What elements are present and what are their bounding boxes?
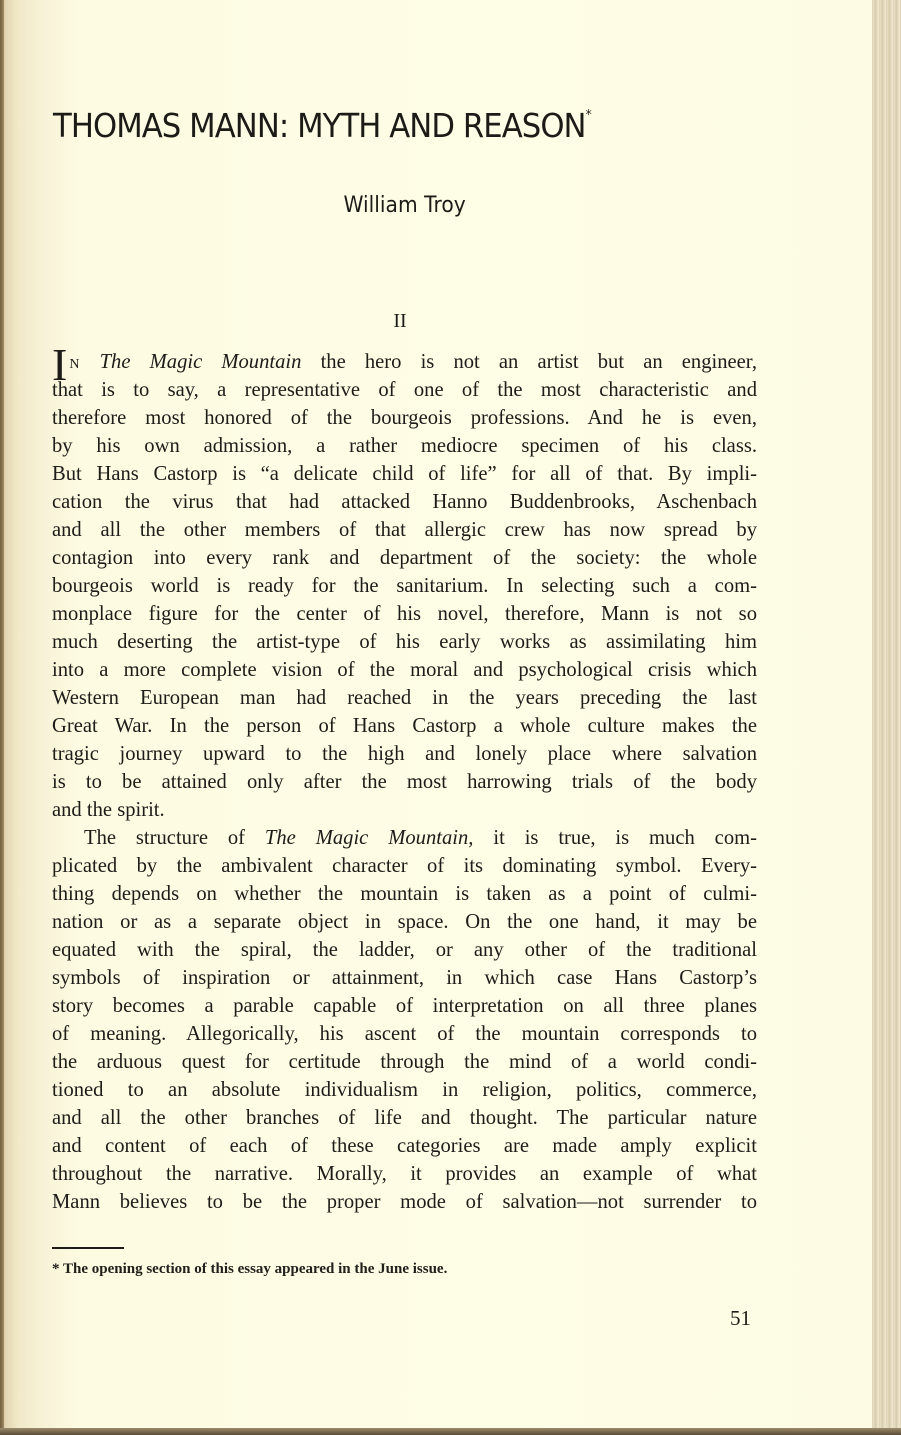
- page-number: 51: [730, 1306, 751, 1331]
- body-line: story becomes a parable capable of inter…: [52, 992, 757, 1020]
- body-line: that is to say, a representative of one …: [52, 376, 757, 404]
- body-line: monplace figure for the center of his no…: [52, 600, 757, 628]
- body-line: of meaning. Allegorically, his ascent of…: [52, 1020, 757, 1048]
- drop-cap: I: [52, 351, 67, 379]
- body-line: throughout the narrative. Morally, it pr…: [52, 1160, 757, 1188]
- section-numeral: II: [0, 310, 800, 333]
- smallcap-letter: N: [69, 357, 80, 372]
- body-line: by his own admission, a rather mediocre …: [52, 432, 757, 460]
- body-line: bourgeois world is ready for the sanitar…: [52, 572, 757, 600]
- body-line: and all the other branches of life and t…: [52, 1104, 757, 1132]
- line-text: The structure of: [84, 827, 265, 849]
- book-spine-shadow: [0, 0, 4, 1435]
- body-line: But Hans Castorp is “a delicate child of…: [52, 460, 757, 488]
- paragraph-2-line-1: The structure of The Magic Mountain, it …: [52, 824, 757, 852]
- page-bottom-edge: [0, 1428, 901, 1435]
- body-line: tioned to an absolute individualism in r…: [52, 1076, 757, 1104]
- body-line: symbols of inspiration or attainment, in…: [52, 964, 757, 992]
- body-line: much deserting the artist-type of his ea…: [52, 628, 757, 656]
- footnote-divider: [52, 1247, 124, 1249]
- body-line: and the spirit.: [52, 796, 757, 824]
- book-page: THOMAS MANN: MYTH AND REASON* William Tr…: [0, 0, 901, 1435]
- body-line: nation or as a separate object in space.…: [52, 908, 757, 936]
- body-line: plicated by the ambivalent character of …: [52, 852, 757, 880]
- paragraph-1-line-1: IN The Magic Mountain the hero is not an…: [52, 348, 757, 376]
- body-line: is to be attained only after the most ha…: [52, 768, 757, 796]
- body-line: the arduous quest for certitude through …: [52, 1048, 757, 1076]
- body-line: cation the virus that had attacked Hanno…: [52, 488, 757, 516]
- page-edges: [872, 0, 901, 1435]
- body-line: Western European man had reached in the …: [52, 684, 757, 712]
- body-line: therefore most honored of the bourgeois …: [52, 404, 757, 432]
- article-title-text: THOMAS MANN: MYTH AND REASON: [53, 106, 586, 145]
- body-line: tragic journey upward to the high and lo…: [52, 740, 757, 768]
- title-footnote-marker: *: [586, 108, 591, 123]
- body-line: Great War. In the person of Hans Castorp…: [52, 712, 757, 740]
- line-text: the hero is not an artist but an enginee…: [301, 351, 757, 373]
- book-title-italic: The Magic Mountain,: [265, 827, 474, 849]
- body-line: equated with the spiral, the ladder, or …: [52, 936, 757, 964]
- line-text: it is true, is much com-: [473, 827, 757, 849]
- body-line: and content of each of these categories …: [52, 1132, 757, 1160]
- body-line: into a more complete vision of the moral…: [52, 656, 757, 684]
- body-line: contagion into every rank and department…: [52, 544, 757, 572]
- article-body: IN The Magic Mountain the hero is not an…: [52, 348, 757, 1216]
- book-title-italic: The Magic Mountain: [100, 351, 302, 373]
- footnote: * The opening section of this essay appe…: [52, 1261, 447, 1278]
- article-author: William Troy: [32, 193, 773, 218]
- body-line: and all the other members of that allerg…: [52, 516, 757, 544]
- body-line: Mann believes to be the proper mode of s…: [52, 1188, 757, 1216]
- body-line: thing depends on whether the mountain is…: [52, 880, 757, 908]
- article-title: THOMAS MANN: MYTH AND REASON*: [53, 106, 760, 145]
